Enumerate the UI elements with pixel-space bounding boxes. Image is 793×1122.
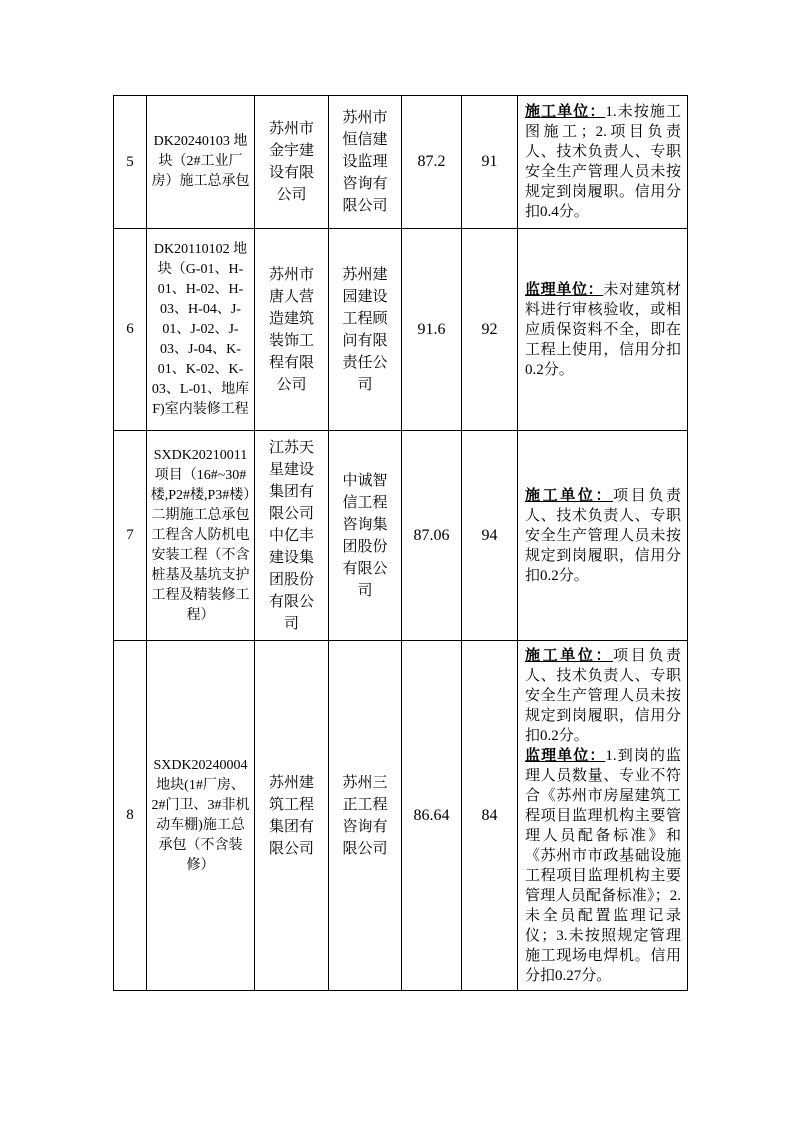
- remarks-cell: 施工单位：1.未按施工图施工；2.项目负责人、技术负责人、专职安全生产管理人员未…: [518, 96, 688, 229]
- score-a: 86.64: [402, 641, 462, 991]
- remark-label: 施工单位：: [525, 648, 613, 664]
- remark-paragraph: 施工单位：项目负责人、技术负责人、专职安全生产管理人员未按规定到岗履职，信用分扣…: [525, 646, 681, 746]
- supervisor-name: 中诚智信工程咨询集团股份有限公司: [329, 431, 402, 641]
- supervisor-name: 苏州建园建设工程顾问有限责任公司: [329, 229, 402, 431]
- table-row: 6 DK20110102 地块（G-01、H-01、H-02、H-03、H-04…: [114, 229, 688, 431]
- remark-paragraph: 施工单位：1.未按施工图施工；2.项目负责人、技术负责人、专职安全生产管理人员未…: [525, 102, 681, 222]
- table-row: 8 SXDK20240004 地块(1#厂房、2#门卫、3#非机动车棚)施工总承…: [114, 641, 688, 991]
- remark-paragraph: 监理单位：未对建筑材料进行审核验收，或相应质保资料不全，即在工程上使用，信用分扣…: [525, 280, 681, 380]
- document-page: 5 DK20240103 地块（2#工业厂房）施工总承包 苏州市金宇建设有限公司…: [0, 0, 793, 1122]
- project-name: SXDK20210011 项目（16#~30#楼,P2#楼,P3#楼）二期施工总…: [147, 431, 255, 641]
- row-number: 8: [114, 641, 147, 991]
- project-name: DK20240103 地块（2#工业厂房）施工总承包: [147, 96, 255, 229]
- row-number: 5: [114, 96, 147, 229]
- contractor-name: 江苏天星建设集团有限公司中亿丰建设集团股份有限公司: [255, 431, 329, 641]
- score-a: 87.06: [402, 431, 462, 641]
- score-a: 87.2: [402, 96, 462, 229]
- supervisor-name: 苏州市恒信建设监理咨询有限公司: [329, 96, 402, 229]
- supervisor-name: 苏州三正工程咨询有限公司: [329, 641, 402, 991]
- row-number: 7: [114, 431, 147, 641]
- contractor-name: 苏州建筑工程集团有限公司: [255, 641, 329, 991]
- remarks-cell: 施工单位：项目负责人、技术负责人、专职安全生产管理人员未按规定到岗履职，信用分扣…: [518, 431, 688, 641]
- project-name: DK20110102 地块（G-01、H-01、H-02、H-03、H-04、J…: [147, 229, 255, 431]
- remark-text: 1.到岗的监理人员数量、专业不符合《苏州市房屋建筑工程项目监理机构主要管理人员配…: [525, 748, 681, 984]
- score-b: 94: [462, 431, 518, 641]
- contractor-name: 苏州市唐人营造建筑装饰工程有限公司: [255, 229, 329, 431]
- remark-text: 1.未按施工图施工；2.项目负责人、技术负责人、专职安全生产管理人员未按规定到岗…: [525, 104, 681, 220]
- score-b: 84: [462, 641, 518, 991]
- contractor-name: 苏州市金宇建设有限公司: [255, 96, 329, 229]
- remark-label: 监理单位：: [525, 748, 605, 764]
- table-row: 7 SXDK20210011 项目（16#~30#楼,P2#楼,P3#楼）二期施…: [114, 431, 688, 641]
- score-b: 91: [462, 96, 518, 229]
- score-b: 92: [462, 229, 518, 431]
- table-row: 5 DK20240103 地块（2#工业厂房）施工总承包 苏州市金宇建设有限公司…: [114, 96, 688, 229]
- credit-score-table: 5 DK20240103 地块（2#工业厂房）施工总承包 苏州市金宇建设有限公司…: [113, 95, 688, 991]
- remark-label: 施工单位：: [525, 104, 605, 120]
- remark-label: 施工单位：: [525, 488, 613, 504]
- remark-label: 监理单位：: [525, 282, 603, 298]
- project-name: SXDK20240004 地块(1#厂房、2#门卫、3#非机动车棚)施工总承包（…: [147, 641, 255, 991]
- remarks-cell: 施工单位：项目负责人、技术负责人、专职安全生产管理人员未按规定到岗履职，信用分扣…: [518, 641, 688, 991]
- remark-paragraph: 施工单位：项目负责人、技术负责人、专职安全生产管理人员未按规定到岗履职，信用分扣…: [525, 486, 681, 586]
- remark-paragraph: 监理单位：1.到岗的监理人员数量、专业不符合《苏州市房屋建筑工程项目监理机构主要…: [525, 746, 681, 986]
- remarks-cell: 监理单位：未对建筑材料进行审核验收，或相应质保资料不全，即在工程上使用，信用分扣…: [518, 229, 688, 431]
- row-number: 6: [114, 229, 147, 431]
- score-a: 91.6: [402, 229, 462, 431]
